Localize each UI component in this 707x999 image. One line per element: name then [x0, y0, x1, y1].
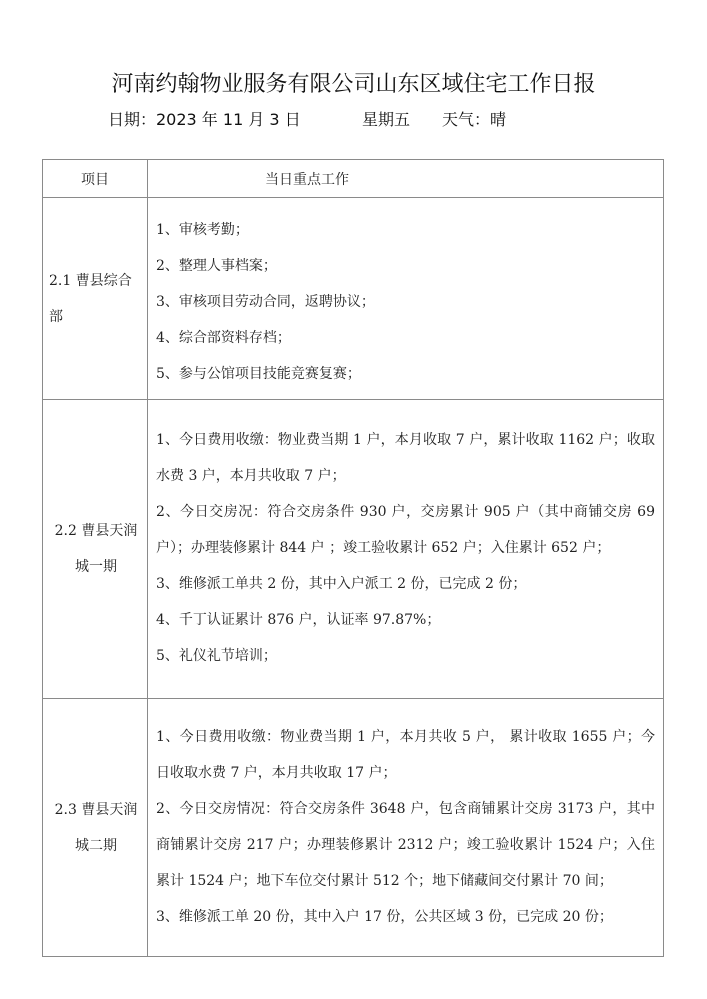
column-header-key-work: 当日重点工作: [148, 160, 664, 198]
work-cell: 1、今日费用收缴：物业费当期 1 户，本月收取 7 户，累计收取 1162 户；…: [148, 400, 664, 699]
project-cell: 2.2 曹县天润城一期: [43, 400, 148, 699]
work-item: 5、礼仪礼节培训；: [156, 638, 655, 674]
project-cell: 2.3 曹县天润城二期: [43, 699, 148, 957]
report-weekday: 星期五: [362, 108, 410, 132]
work-item: 4、综合部资料存档；: [156, 320, 655, 356]
project-cell: 2.1 曹县综合部: [43, 198, 148, 400]
table-header-row: 项目 当日重点工作: [43, 160, 664, 198]
work-item: 5、参与公馆项目技能竞赛复赛；: [156, 356, 655, 392]
work-item: 4、千丁认证累计 876 户，认证率 97.87%；: [156, 602, 655, 638]
table-row: 2.2 曹县天润城一期 1、今日费用收缴：物业费当期 1 户，本月收取 7 户，…: [43, 400, 664, 699]
report-date: 日期：2023 年 11 月 3 日: [108, 108, 301, 132]
work-item: 3、维修派工单共 2 份，其中入户派工 2 份，已完成 2 份；: [156, 566, 655, 602]
work-cell: 1、审核考勤； 2、整理人事档案； 3、审核项目劳动合同，返聘协议； 4、综合部…: [148, 198, 664, 400]
column-header-project: 项目: [43, 160, 148, 198]
report-weather: 天气：晴: [442, 108, 506, 132]
work-item: 1、今日费用收缴：物业费当期 1 户，本月共收 5 户， 累计收取 1655 户…: [156, 719, 655, 791]
work-item: 1、今日费用收缴：物业费当期 1 户，本月收取 7 户，累计收取 1162 户；…: [156, 422, 655, 494]
work-item: 3、审核项目劳动合同，返聘协议；: [156, 284, 655, 320]
table-row: 2.1 曹县综合部 1、审核考勤； 2、整理人事档案； 3、审核项目劳动合同，返…: [43, 198, 664, 400]
work-item: 1、审核考勤；: [156, 212, 655, 248]
report-title: 河南约翰物业服务有限公司山东区域住宅工作日报: [0, 70, 707, 100]
table-row: 2.3 曹县天润城二期 1、今日费用收缴：物业费当期 1 户，本月共收 5 户，…: [43, 699, 664, 957]
work-item: 2、今日交房况：符合交房条件 930 户，交房累计 905 户（其中商铺交房 6…: [156, 494, 655, 566]
work-item: 2、整理人事档案；: [156, 248, 655, 284]
daily-work-table: 项目 当日重点工作 2.1 曹县综合部 1、审核考勤； 2、整理人事档案； 3、…: [42, 159, 664, 957]
work-item: 3、维修派工单 20 份，其中入户 17 份，公共区域 3 份，已完成 20 份…: [156, 899, 655, 935]
work-cell: 1、今日费用收缴：物业费当期 1 户，本月共收 5 户， 累计收取 1655 户…: [148, 699, 664, 957]
work-item: 2、今日交房情况：符合交房条件 3648 户，包含商铺累计交房 3173 户，其…: [156, 791, 655, 899]
